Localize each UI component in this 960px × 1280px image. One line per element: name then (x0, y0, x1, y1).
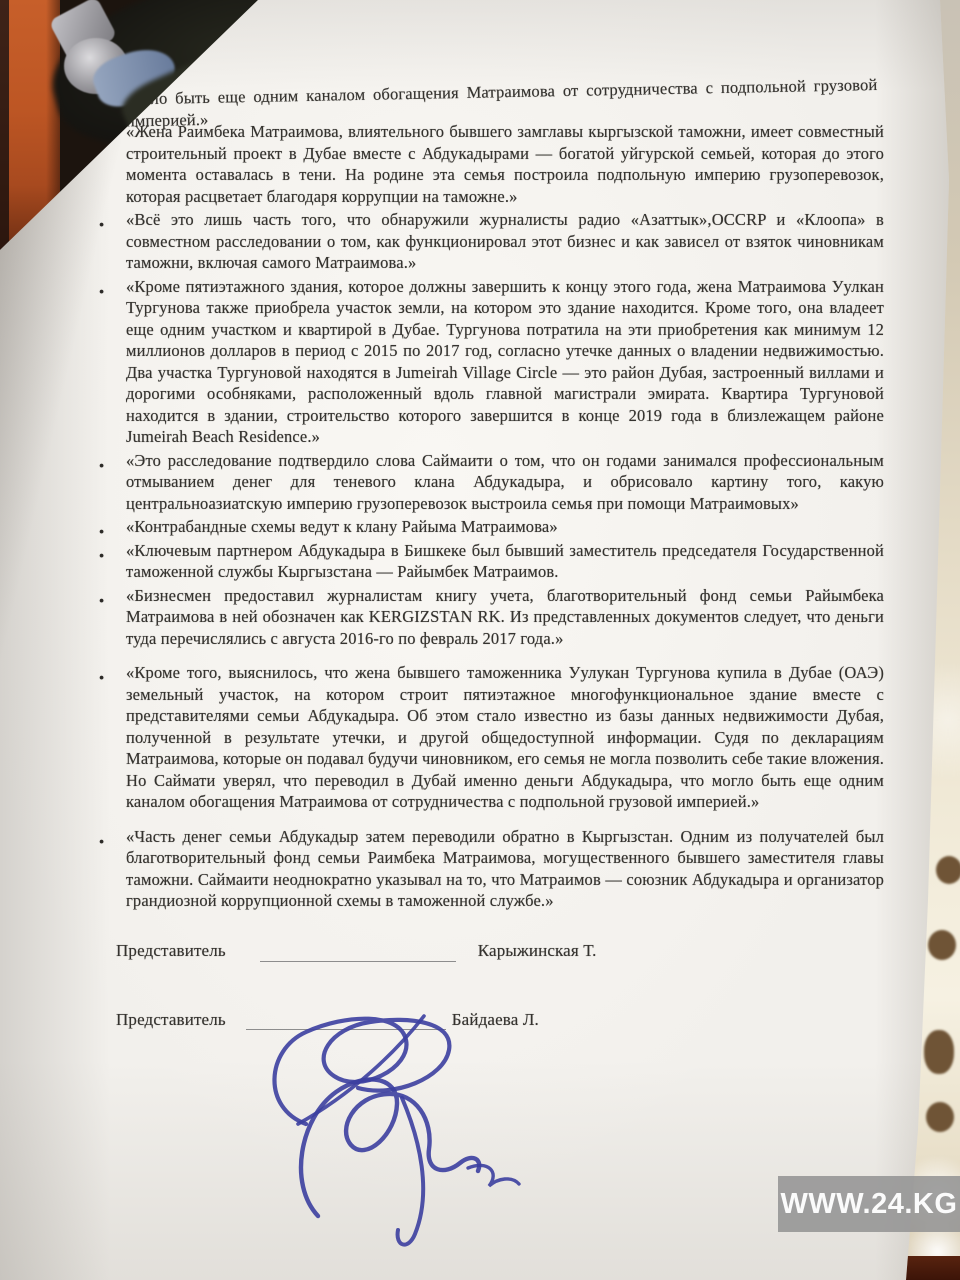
desk-seen-through-sleeve (904, 1256, 960, 1280)
signature-role-label: Представитель (116, 1009, 226, 1031)
watermark-badge: WWW.24.KG (778, 1176, 960, 1232)
bullet-item: «Бизнесмен предоставил журналистам книгу… (96, 585, 884, 650)
bullet-item: «Жена Раимбека Матраимова, влиятельного … (96, 121, 884, 207)
binder-hole (936, 856, 960, 884)
signature-row: Представитель Байдаева Л. (116, 1008, 884, 1030)
bullet-item: «Это расследование подтвердило слова Сай… (96, 450, 884, 515)
bullet-item: «Часть денег семьи Абдукадыр затем перев… (96, 826, 884, 912)
signature-line (246, 1008, 446, 1030)
bullet-list: «Жена Раимбека Матраимова, влиятельного … (96, 121, 884, 912)
signature-row: Представитель Карыжинская Т. (116, 940, 884, 962)
bullet-item: «Кроме того, выяснилось, что жена бывшег… (96, 662, 884, 813)
binder-hole (928, 930, 956, 960)
bullet-item: «Кроме пятиэтажного здания, которое долж… (96, 276, 884, 448)
paper-sheet: могло быть еще одним каналом обогащения … (0, 0, 960, 1280)
signature-block: Представитель Карыжинская Т. Представите… (116, 940, 884, 1031)
signature-role-label: Представитель (116, 940, 226, 962)
signature-line (260, 940, 456, 962)
binder-hole (924, 1030, 954, 1074)
signature-name: Карыжинская Т. (478, 940, 597, 962)
bullet-item: «Ключевым партнером Абдукадыра в Бишкеке… (96, 540, 884, 583)
photo-frame: могло быть еще одним каналом обогащения … (0, 0, 960, 1280)
signature-name: Байдаева Л. (452, 1009, 539, 1031)
bullet-item: «Всё это лишь часть того, что обнаружили… (96, 209, 884, 274)
binder-hole (926, 1102, 954, 1132)
document-text: могло быть еще одним каналом обогащения … (96, 74, 884, 1030)
bullet-item: «Контрабандные схемы ведут к клану Райым… (96, 516, 884, 538)
watermark-text: WWW.24.KG (781, 1188, 958, 1221)
